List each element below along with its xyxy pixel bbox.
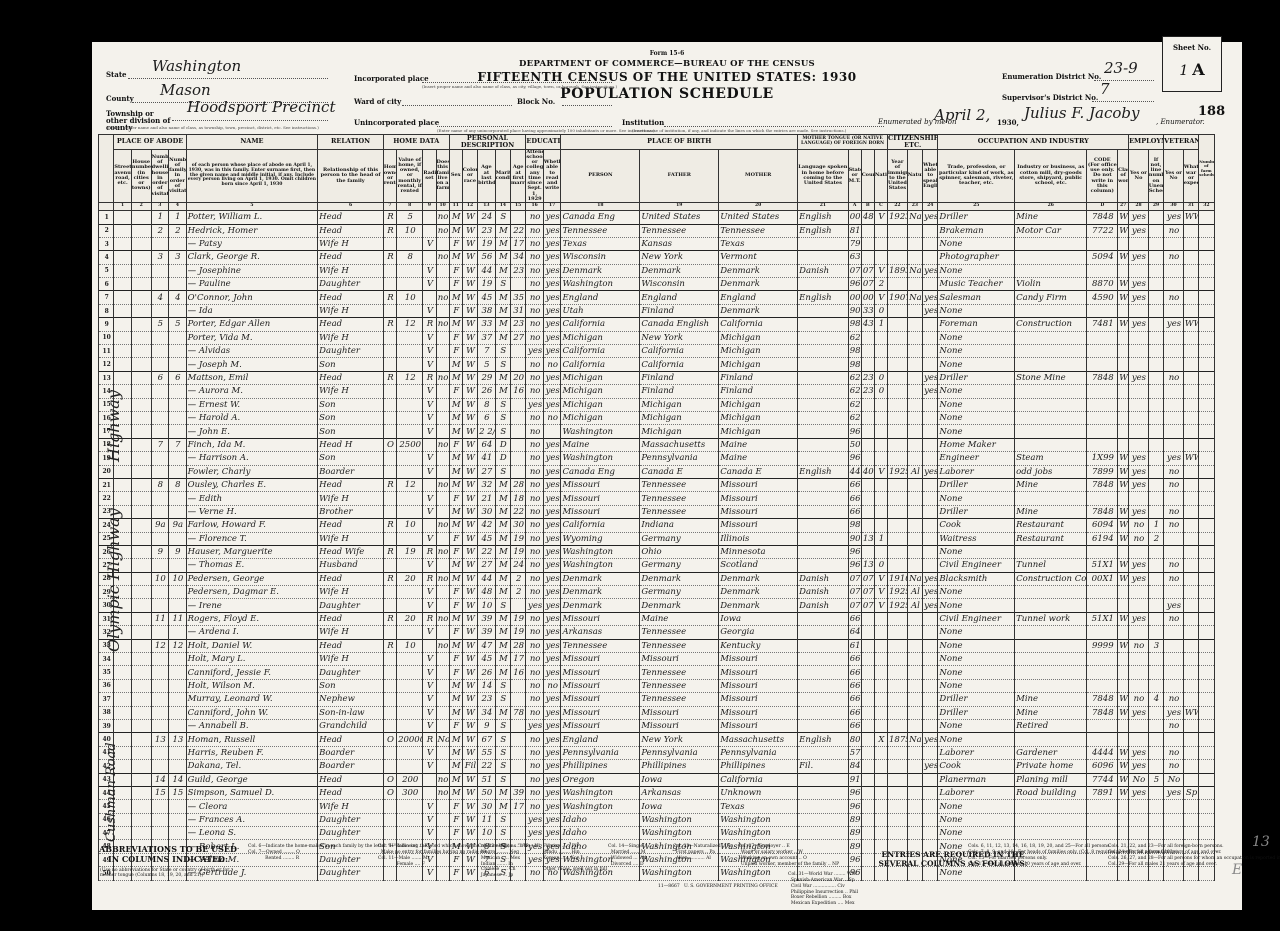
dwelling-cell [151, 278, 169, 291]
age-at-marriage-cell: 2 [510, 572, 525, 585]
sex-cell: F [449, 800, 462, 813]
relation-cell: Boarder [318, 465, 384, 478]
owned-header: Home owned or rented [383, 149, 396, 203]
age-at-marriage-cell: 18 [510, 492, 525, 505]
marital-cell: M [495, 626, 510, 639]
marital-cell: S [495, 827, 510, 840]
age-cell: 27 [478, 559, 496, 572]
home-value-cell [397, 345, 423, 358]
farm-cell [436, 425, 449, 438]
naturalization-cell [907, 559, 922, 572]
veteran-cell: no [1164, 505, 1184, 518]
code-b-cell: 40 [861, 465, 874, 478]
farm-cell [436, 398, 449, 411]
relation-cell: Boarder [318, 760, 384, 773]
home-value-cell [397, 452, 423, 465]
house-number-cell [131, 813, 151, 826]
code-b-cell: 13 [861, 532, 874, 545]
race-cell: W [462, 411, 477, 424]
immigration-cell [888, 827, 908, 840]
father-birthplace-cell: Phillipines [640, 760, 719, 773]
age-at-marriage-cell [510, 773, 525, 786]
house-number-cell [131, 786, 151, 799]
code-a-cell: 98 [848, 519, 861, 532]
language-cell [798, 786, 848, 799]
english-cell [923, 358, 938, 371]
war-cell [1183, 438, 1198, 451]
immigration-cell: 1907 [888, 291, 908, 304]
read-write-cell: yes [543, 385, 561, 398]
table-row: 25— Florence T.Wife HVFW45M19noyesWyomin… [99, 532, 1228, 545]
read-write-cell: yes [543, 639, 561, 652]
home-value-cell: 10 [397, 519, 423, 532]
street-cell [114, 318, 132, 331]
read-write-cell: yes [543, 304, 561, 317]
school-cell: no [526, 612, 544, 625]
code-b-cell: 13 [861, 559, 874, 572]
code-c-cell [874, 706, 887, 719]
mother-birthplace-cell: Texas [719, 237, 798, 250]
farm-schedule-cell [1199, 733, 1214, 746]
farm-cell [436, 331, 449, 344]
line-no-header: If not, line number on Unemployment Sche… [1148, 149, 1163, 203]
english-cell: yes [923, 304, 938, 317]
person-birthplace-cell: Missouri [561, 478, 640, 491]
industry-cell: Gardener [1015, 746, 1087, 759]
column-number: 19 [640, 203, 719, 211]
relation-cell: Head [318, 572, 384, 585]
person-name-cell: — Josephine [186, 264, 318, 277]
immigration-cell [888, 345, 908, 358]
code-b-cell: 23 [861, 371, 874, 384]
english-cell [923, 278, 938, 291]
family-cell [169, 653, 187, 666]
street-cell [114, 465, 132, 478]
at-work-cell: yes [1129, 612, 1149, 625]
farm-cell [436, 532, 449, 545]
column-number: 9 [423, 203, 436, 211]
immigration-header: Year of immigration to the United States [888, 149, 908, 203]
code-c-cell [874, 626, 887, 639]
immigration-cell [888, 706, 908, 719]
class-cell: W [1118, 291, 1129, 304]
table-row: 955Porter, Edgar AllenHeadR12RnoMW33M23n… [99, 318, 1228, 331]
veteran-cell [1164, 385, 1184, 398]
marital-cell: S [495, 679, 510, 692]
occupation-cell: None [938, 345, 1015, 358]
age-cell: 45 [478, 532, 496, 545]
father-birthplace-cell: Finland [640, 304, 719, 317]
dwelling-cell [151, 559, 169, 572]
class-cell [1118, 813, 1129, 826]
marital-cell: M [495, 291, 510, 304]
immigration-cell: 1925 [888, 599, 908, 612]
age-at-marriage-cell: 24 [510, 559, 525, 572]
age-cell: 64 [478, 438, 496, 451]
home-value-cell: 10 [397, 291, 423, 304]
age-cell: 10 [478, 599, 496, 612]
mother-birthplace-cell: Michigan [719, 345, 798, 358]
table-row: 45— CleoraWife HVFW30M17noyesWashingtonI… [99, 800, 1228, 813]
occ-code-cell [1087, 398, 1118, 411]
radio-header: Radio set [423, 149, 436, 203]
code-c-cell: V [874, 586, 887, 599]
person-birthplace-cell: Michigan [561, 411, 640, 424]
occ-code-cell: 7481 [1087, 318, 1118, 331]
code-c-cell [874, 224, 887, 237]
radio-cell: V [423, 800, 436, 813]
table-row: 35Canniford, Jessie F.DaughterVFW26M16no… [99, 666, 1228, 679]
relation-cell: Head [318, 639, 384, 652]
family-cell: 11 [169, 612, 187, 625]
person-name-cell: — Patsy [186, 237, 318, 250]
war-cell [1183, 237, 1198, 250]
code-c-cell [874, 679, 887, 692]
read-write-cell: yes [543, 371, 561, 384]
age-at-marriage-cell: 78 [510, 706, 525, 719]
class-cell [1118, 666, 1129, 679]
marital-cell: M [495, 653, 510, 666]
person-birthplace-cell: Michigan [561, 371, 640, 384]
radio-cell [423, 773, 436, 786]
language-cell [798, 358, 848, 371]
code-b-cell [861, 827, 874, 840]
house-number-cell [131, 224, 151, 237]
naturalization-cell [907, 666, 922, 679]
at-work-cell: no [1129, 639, 1149, 652]
language-cell [798, 492, 848, 505]
house-number-cell [131, 385, 151, 398]
industry-cell: Candy Firm [1015, 291, 1087, 304]
radio-cell: V [423, 411, 436, 424]
marital-cell: S [495, 465, 510, 478]
unemployment-line-cell [1148, 612, 1163, 625]
read-write-cell: yes [543, 693, 561, 706]
code-b-cell [861, 425, 874, 438]
father-birthplace-cell: Missouri [640, 719, 719, 732]
code-a-cell: 57 [848, 746, 861, 759]
radio-cell: V [423, 452, 436, 465]
family-cell [169, 666, 187, 679]
street-cell [114, 237, 132, 250]
occupation-cell: Driller [938, 505, 1015, 518]
industry-cell: Mine [1015, 505, 1087, 518]
race-cell: W [462, 693, 477, 706]
code-c-cell [874, 666, 887, 679]
marital-cell: S [495, 358, 510, 371]
war-cell [1183, 465, 1198, 478]
person-birthplace-cell: Michigan [561, 385, 640, 398]
ed-value: 23-9 [1104, 59, 1138, 77]
age-at-marriage-cell: 20 [510, 371, 525, 384]
father-birthplace-cell: Ohio [640, 545, 719, 558]
class-cell [1118, 331, 1129, 344]
home-value-cell: 12 [397, 478, 423, 491]
column-number: 11 [449, 203, 462, 211]
house-number-cell [131, 264, 151, 277]
age-at-marriage-cell [510, 398, 525, 411]
age-cell: 22 [478, 545, 496, 558]
language-cell: Danish [798, 572, 848, 585]
unincorporated-label: Unincorporated place [354, 118, 439, 127]
occupation-cell: None [938, 813, 1015, 826]
farm-schedule-cell [1199, 746, 1214, 759]
farm-schedule-cell [1199, 264, 1214, 277]
class-cell [1118, 827, 1129, 840]
occ-code-cell: 6094 [1087, 519, 1118, 532]
code-a-cell: 62 [848, 385, 861, 398]
marital-cell: S [495, 693, 510, 706]
table-row: 3— PatsyWife HVFW19M17noyesTexasKansasTe… [99, 237, 1228, 250]
father-birthplace-cell: Washington [640, 813, 719, 826]
english-cell [923, 224, 938, 237]
code-a-cell: 00 [848, 211, 861, 224]
family-cell [169, 492, 187, 505]
race-cell: W [462, 505, 477, 518]
code-b-cell: 48 [861, 211, 874, 224]
dwelling-cell [151, 827, 169, 840]
race-cell: W [462, 224, 477, 237]
age-cell: 10 [478, 827, 496, 840]
class-cell: W [1118, 505, 1129, 518]
occupation-cell: Driller [938, 211, 1015, 224]
at-work-cell: no [1129, 532, 1149, 545]
occ-code-cell [1087, 237, 1118, 250]
farm-schedule-cell [1199, 224, 1214, 237]
veteran-cell: no [1164, 371, 1184, 384]
sex-cell: M [449, 291, 462, 304]
line-number: 39 [99, 719, 114, 732]
code-a-cell: 07 [848, 599, 861, 612]
occupation-cell: Cook [938, 519, 1015, 532]
naturalization-cell [907, 800, 922, 813]
school-cell: no [526, 545, 544, 558]
dwelling-cell [151, 425, 169, 438]
immigration-cell [888, 237, 908, 250]
read-write-cell: yes [543, 264, 561, 277]
age-cell: 6 [478, 411, 496, 424]
read-write-cell: yes [543, 465, 561, 478]
age-cell: 47 [478, 639, 496, 652]
occupation-cell: None [938, 545, 1015, 558]
farm-cell: no [436, 773, 449, 786]
column-number: 30 [1164, 203, 1184, 211]
person-name-cell: Porter, Edgar Allen [186, 318, 318, 331]
person-birthplace-cell: Arkansas [561, 626, 640, 639]
marital-cell: D [495, 452, 510, 465]
person-birthplace-cell: Idaho [561, 813, 640, 826]
table-row: 15— Ernest W.SonVMW8SyesyesMichiganMichi… [99, 398, 1228, 411]
block-line [562, 93, 612, 106]
person-birthplace-cell: Michigan [561, 331, 640, 344]
industry-cell [1015, 331, 1087, 344]
home-value-cell [397, 760, 423, 773]
language-cell [798, 278, 848, 291]
radio-cell: V [423, 653, 436, 666]
owned-rented-cell [383, 559, 396, 572]
occupation-cell: Driller [938, 478, 1015, 491]
class-cell: W [1118, 211, 1129, 224]
mother-birthplace-cell: Missouri [719, 679, 798, 692]
unemployment-line-cell [1148, 345, 1163, 358]
school-cell: no [526, 291, 544, 304]
group-veterans: VETERANS [1164, 135, 1199, 150]
immigration-cell [888, 251, 908, 264]
radio-cell: V [423, 492, 436, 505]
occupation-cell: None [938, 827, 1015, 840]
farm-schedule-cell [1199, 345, 1214, 358]
age-cell: 24 [478, 211, 496, 224]
class-cell: W [1118, 465, 1129, 478]
age-at-marriage-cell: 28 [510, 478, 525, 491]
industry-cell: Private home [1015, 760, 1087, 773]
unemployment-line-cell [1148, 425, 1163, 438]
veteran-cell [1164, 398, 1184, 411]
farm-schedule-cell [1199, 786, 1214, 799]
table-row: 23— Verne H.BrotherVMW30M22noyesMissouri… [99, 505, 1228, 518]
naturalization-cell: Na [907, 291, 922, 304]
table-row: 22— EdithWife HVFW21M18noyesMissouriTenn… [99, 492, 1228, 505]
owned-rented-cell: O [383, 733, 396, 746]
family-cell [169, 278, 187, 291]
sex-cell: F [449, 438, 462, 451]
mother-birthplace-cell: Missouri [719, 719, 798, 732]
sex-cell: M [449, 318, 462, 331]
line-number: 12 [99, 358, 114, 371]
marital-cell: S [495, 733, 510, 746]
person-birthplace-cell: Phillipines [561, 760, 640, 773]
age-at-marriage-cell: 23 [510, 264, 525, 277]
person-birthplace-cell: Washington [561, 800, 640, 813]
person-birthplace-cell: Washington [561, 559, 640, 572]
read-write-cell: yes [543, 559, 561, 572]
code-c-cell [874, 800, 887, 813]
marital-cell: M [495, 559, 510, 572]
person-birthplace-cell: Denmark [561, 572, 640, 585]
age-cell: 45 [478, 291, 496, 304]
farm-schedule-cell [1199, 760, 1214, 773]
owned-rented-cell [383, 746, 396, 759]
farm-schedule-cell [1199, 331, 1214, 344]
veteran-cell [1164, 264, 1184, 277]
father-birthplace-cell: Missouri [640, 706, 719, 719]
war-cell [1183, 224, 1198, 237]
code-a-cell: 07 [848, 572, 861, 585]
code-b-cell: 43 [861, 318, 874, 331]
occ-code-cell: 6096 [1087, 760, 1118, 773]
table-row: 6— PaulineDaughterVFW19SnoyesWashingtonW… [99, 278, 1228, 291]
farm-cell: no [436, 786, 449, 799]
english-cell [923, 706, 938, 719]
ward-line [402, 93, 512, 106]
code-b-cell: 07 [861, 586, 874, 599]
owned-rented-cell: R [383, 545, 396, 558]
language-cell [798, 653, 848, 666]
family-cell [169, 827, 187, 840]
occupation-cell: Waitress [938, 532, 1015, 545]
father-birthplace-cell: Tennessee [640, 666, 719, 679]
school-cell: no [526, 465, 544, 478]
unemployment-line-cell [1148, 505, 1163, 518]
radio-cell: V [423, 760, 436, 773]
naturalization-cell [907, 278, 922, 291]
family-cell [169, 505, 187, 518]
naturalization-cell: Na [907, 264, 922, 277]
code-b-cell [861, 666, 874, 679]
table-row: 39— Annabell B.GrandchildVFW9SyesyesMiss… [99, 719, 1228, 732]
person-birthplace-cell: Denmark [561, 586, 640, 599]
code-c-cell: X [874, 733, 887, 746]
person-birthplace-cell: Missouri [561, 505, 640, 518]
industry-cell: Violin [1015, 278, 1087, 291]
father-birthplace-cell: Finland [640, 385, 719, 398]
page-number: 188 [1198, 104, 1225, 119]
occupation-cell: Driller [938, 371, 1015, 384]
dwelling-cell: 13 [151, 733, 169, 746]
language-cell [798, 304, 848, 317]
veteran-cell: no [1164, 760, 1184, 773]
code-c-cell: V [874, 264, 887, 277]
read-write-cell: yes [543, 572, 561, 585]
sex-cell: F [449, 264, 462, 277]
farm-cell: no [436, 519, 449, 532]
family-cell: 12 [169, 639, 187, 652]
industry-cell: odd jobs [1015, 465, 1087, 478]
school-cell: no [526, 519, 544, 532]
dwelling-cell [151, 626, 169, 639]
mother-birthplace-cell: Illinois [719, 532, 798, 545]
school-cell: yes [526, 719, 544, 732]
person-name-cell: Fowler, Charly [186, 465, 318, 478]
code-a-cell: 96 [848, 559, 861, 572]
owned-rented-cell [383, 693, 396, 706]
family-cell [169, 385, 187, 398]
street-cell [114, 304, 132, 317]
table-row: 401313Homan, RussellHeadO20000RNoMW67Sno… [99, 733, 1228, 746]
industry-cell [1015, 237, 1087, 250]
mother-birthplace-cell: Denmark [719, 586, 798, 599]
code-b-cell [861, 224, 874, 237]
farm-schedule-cell [1199, 519, 1214, 532]
farm-schedule-cell [1199, 304, 1214, 317]
father-birthplace-cell: Michigan [640, 411, 719, 424]
race-cell: W [462, 599, 477, 612]
unemployment-line-cell [1148, 492, 1163, 505]
industry-cell [1015, 813, 1087, 826]
person-name-cell: Finch, Ida M. [186, 438, 318, 451]
owned-rented-cell [383, 465, 396, 478]
school-cell: no [526, 733, 544, 746]
read-write-cell: yes [543, 586, 561, 599]
veteran-cell [1164, 733, 1184, 746]
industry-cell: Mine [1015, 211, 1087, 224]
farm-cell: No [436, 733, 449, 746]
family-cell [169, 719, 187, 732]
age-at-marriage-cell [510, 345, 525, 358]
age-at-marriage-cell [510, 425, 525, 438]
column-number: 20 [719, 203, 798, 211]
school-cell: no [526, 237, 544, 250]
english-cell: yes [923, 760, 938, 773]
table-row: 2188Ousley, Charles E.HeadR12noMW32M28no… [99, 478, 1228, 491]
age-at-marriage-cell: 17 [510, 653, 525, 666]
person-birthplace-cell: Utah [561, 304, 640, 317]
home-value-cell [397, 813, 423, 826]
dwelling-cell [151, 653, 169, 666]
street-cell [114, 706, 132, 719]
unemployment-line-cell [1148, 786, 1163, 799]
owned-rented-cell: R [383, 224, 396, 237]
